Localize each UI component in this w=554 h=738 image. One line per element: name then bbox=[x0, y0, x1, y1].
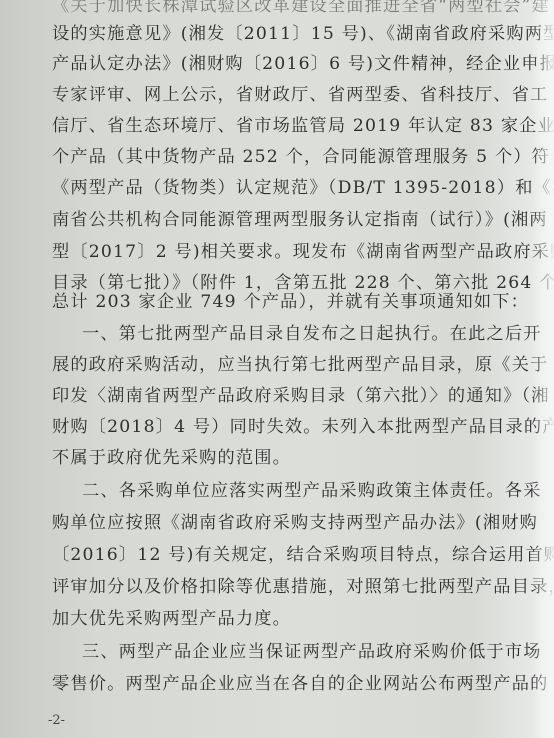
paragraph-3-heading: 三、两型产品企业应当保证两型产品政府采购价低于市场 bbox=[82, 642, 522, 662]
text-line: 个产品（其中货物产品 252 个，合同能源管理服务 5 个）符合 bbox=[52, 147, 492, 167]
page-number: -2- bbox=[48, 713, 65, 728]
text-line: 信厅、省生态环境厅、省市场监管局 2019 年认定 83 家企业 257 bbox=[52, 116, 492, 136]
text-line: 型〔2017〕2 号)相关要求。现发布《湖南省两型产品政府采购 bbox=[52, 242, 492, 262]
text-line: 印发〈湖南省两型产品政府采购目录（第六批）〉的通知》（湘 bbox=[52, 386, 492, 406]
document-page: 《关于加快长株潭试验区改革建设全面推进全省“两型社会”建 设的实施意见》(湘发〔… bbox=[0, 0, 554, 738]
paragraph-2-heading: 二、各采购单位应落实两型产品采购政策主体责任。各采 bbox=[82, 481, 522, 501]
text-line: 不属于政府优先采购的范围。 bbox=[52, 448, 492, 468]
text-line: 产品认定办法》(湘财购〔2016〕6 号)文件精神，经企业申报、 bbox=[52, 54, 492, 74]
text-line: 零售价。两型产品企业应当在各自的企业网站公布两型产品的 bbox=[52, 674, 492, 694]
text-line: 总计 203 家企业 749 个产品），并就有关事项通知如下： bbox=[52, 292, 492, 312]
text-line: 专家评审、网上公示，省财政厅、省两型委、省科技厅、省工 bbox=[52, 85, 492, 105]
text-line: 财购〔2018〕4 号）同时失效。未列入本批两型产品目录的产品 bbox=[52, 417, 492, 437]
text-line-cut-top: 《关于加快长株潭试验区改革建设全面推进全省“两型社会”建 bbox=[52, 0, 492, 16]
text-line: 评审加分以及价格扣除等优惠措施，对照第七批两型产品目录， bbox=[52, 577, 492, 597]
text-line: 南省公共机构合同能源管理两型服务认定指南（试行）》(湘两 bbox=[52, 210, 492, 230]
text-line: 展的政府采购活动，应当执行第七批两型产品目录，原《关于 bbox=[52, 355, 492, 375]
paragraph-1-heading: 一、第七批两型产品目录自发布之日起执行。在此之后开 bbox=[82, 324, 522, 344]
page-edge-highlight bbox=[532, 0, 554, 738]
text-line: 购单位应按照《湖南省政府采购支持两型产品办法》(湘财购 bbox=[52, 513, 492, 533]
text-line: 目录（第七批）》（附件 1，含第五批 228 个、第六批 264 个， bbox=[52, 273, 492, 293]
text-line: 《两型产品（货物类）认定规范》（DB/T 1395-2018）和《湖 bbox=[52, 178, 492, 198]
text-line: 设的实施意见》(湘发〔2011〕15 号)、《湖南省政府采购两型 bbox=[52, 24, 492, 44]
text-line: 加大优先采购两型产品力度。 bbox=[52, 609, 492, 629]
text-line: 〔2016〕12 号)有关规定，结合采购项目特点，综合运用首购、 bbox=[52, 545, 492, 565]
